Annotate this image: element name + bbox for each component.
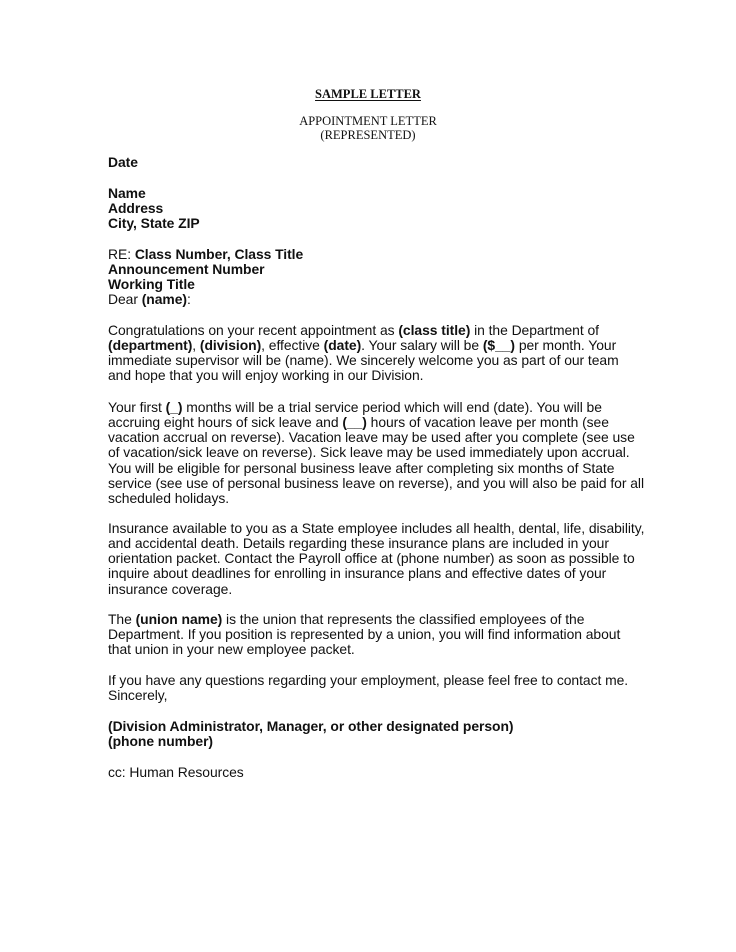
letter-subtitle: (REPRESENTED): [0, 128, 736, 142]
p3-line-5: insurance coverage.: [108, 582, 648, 597]
p2-line-1: Your first (_) months will be a trial se…: [108, 400, 648, 415]
p1-line-1: Congratulations on your recent appointme…: [108, 323, 648, 338]
hours-placeholder: (__): [342, 414, 367, 430]
re-prefix: RE:: [108, 246, 135, 262]
p4-line-2: Department. If you position is represent…: [108, 627, 648, 642]
signer-title: (Division Administrator, Manager, or oth…: [108, 719, 648, 734]
salutation-suffix: :: [187, 291, 191, 307]
recipient-name: Name: [108, 186, 648, 201]
date-label: Date: [108, 155, 648, 170]
re-line: RE: Class Number, Class Title: [108, 247, 648, 262]
cc-block: cc: Human Resources: [108, 765, 648, 780]
closing-block: If you have any questions regarding your…: [108, 673, 648, 704]
recipient-address: Address: [108, 201, 648, 216]
working-title: Working Title: [108, 277, 648, 292]
date-block: Date: [108, 155, 648, 170]
salutation-prefix: Dear: [108, 291, 142, 307]
p2-text: hours of vacation leave per month (see: [367, 414, 609, 430]
letter-title-block: APPOINTMENT LETTER (REPRESENTED): [0, 114, 736, 142]
class-title-placeholder: (class title): [398, 322, 470, 338]
paragraph-congratulations: Congratulations on your recent appointme…: [108, 323, 648, 384]
p3-line-4: inquire about deadlines for enrolling in…: [108, 566, 648, 581]
p4-line-1: The (union name) is the union that repre…: [108, 612, 648, 627]
p2-line-7: scheduled holidays.: [108, 491, 648, 506]
p1-text: ,: [192, 337, 200, 353]
p2-text: Your first: [108, 399, 166, 415]
division-placeholder: (division): [200, 337, 261, 353]
letter-page: SAMPLE LETTER APPOINTMENT LETTER (REPRES…: [0, 0, 736, 952]
p4-line-3: that union in your new employee packet.: [108, 642, 648, 657]
p3-line-1: Insurance available to you as a State em…: [108, 521, 648, 536]
p1-text: in the Department of: [470, 322, 599, 338]
p4-text: The: [108, 611, 136, 627]
recipient-city-state-zip: City, State ZIP: [108, 216, 648, 231]
cc-line: cc: Human Resources: [108, 765, 648, 780]
closing-line: If you have any questions regarding your…: [108, 673, 648, 688]
paragraph-insurance: Insurance available to you as a State em…: [108, 521, 648, 597]
sincerely: Sincerely,: [108, 688, 648, 703]
paragraph-trial-service: Your first (_) months will be a trial se…: [108, 400, 648, 507]
p1-text: Congratulations on your recent appointme…: [108, 322, 398, 338]
salutation: Dear (name):: [108, 292, 648, 307]
p2-line-2: accruing eight hours of sick leave and (…: [108, 415, 648, 430]
signer-phone: (phone number): [108, 734, 648, 749]
p2-text: months will be a trial service period wh…: [182, 399, 601, 415]
re-block: RE: Class Number, Class Title Announceme…: [108, 247, 648, 308]
union-name-placeholder: (union name): [136, 611, 223, 627]
p1-line-4: and hope that you will enjoy working in …: [108, 368, 648, 383]
p3-line-2: and accidental death. Details regarding …: [108, 536, 648, 551]
paragraph-union: The (union name) is the union that repre…: [108, 612, 648, 658]
p3-line-3: orientation packet. Contact the Payroll …: [108, 551, 648, 566]
p1-text: per month. Your: [515, 337, 616, 353]
p1-line-2: (department), (division), effective (dat…: [108, 338, 648, 353]
salutation-name: (name): [142, 291, 187, 307]
p2-line-3: vacation accrual on reverse). Vacation l…: [108, 430, 648, 445]
p4-text: is the union that represents the classif…: [222, 611, 584, 627]
p1-text: . Your salary will be: [361, 337, 483, 353]
p2-line-4: of vacation/sick leave on reverse). Sick…: [108, 445, 648, 460]
letter-header: SAMPLE LETTER: [0, 87, 736, 101]
p2-line-5: You will be eligible for personal busine…: [108, 461, 648, 476]
p1-line-3: immediate supervisor will be (name). We …: [108, 353, 648, 368]
letter-title: APPOINTMENT LETTER: [0, 114, 736, 128]
date-placeholder: (date): [324, 337, 362, 353]
p2-line-6: service (see use of personal business le…: [108, 476, 648, 491]
recipient-block: Name Address City, State ZIP: [108, 186, 648, 232]
sample-letter-label: SAMPLE LETTER: [0, 87, 736, 101]
class-number-title: Class Number, Class Title: [135, 246, 303, 262]
announcement-number: Announcement Number: [108, 262, 648, 277]
months-placeholder: (_): [166, 399, 183, 415]
salary-placeholder: ($__): [483, 337, 515, 353]
p1-text: , effective: [261, 337, 323, 353]
signature-block: (Division Administrator, Manager, or oth…: [108, 719, 648, 750]
p2-text: accruing eight hours of sick leave and: [108, 414, 342, 430]
department-placeholder: (department): [108, 337, 192, 353]
